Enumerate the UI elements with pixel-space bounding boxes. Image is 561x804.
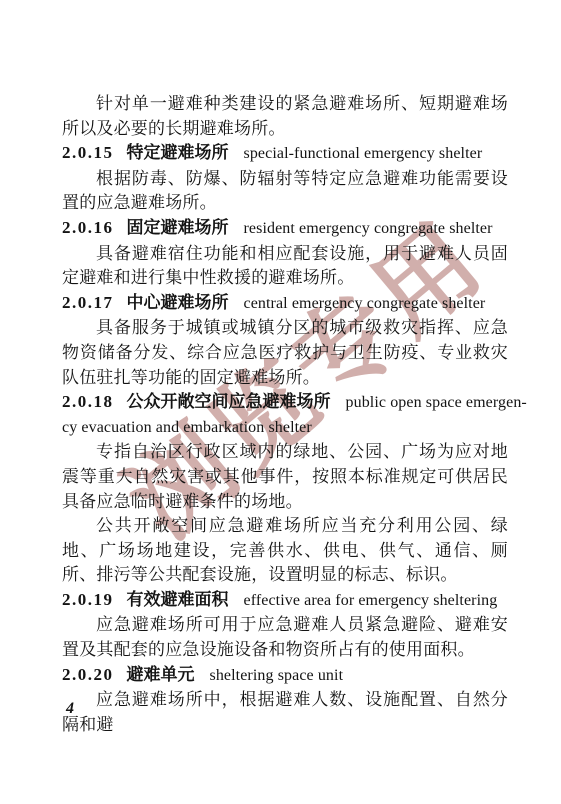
- term-number: 2.0.20: [62, 665, 114, 684]
- term-name-zh: 公众开敞空间应急避难场所: [127, 392, 331, 411]
- term-number: 2.0.19: [62, 590, 114, 609]
- term-heading: 2.0.15特定避难场所special-functional emergency…: [62, 141, 508, 167]
- term-number: 2.0.16: [62, 218, 114, 237]
- term-name-zh: 固定避难场所: [127, 218, 229, 237]
- term-name-en: special-functional emergency shelter: [244, 145, 483, 162]
- term-name-zh: 中心避难场所: [127, 293, 229, 312]
- term-name-en: resident emergency congregate shelter: [244, 220, 493, 237]
- paragraph: 应急避难场所可用于应急避难人员紧急避险、避难安置及其配套的应急设施设备和物资所占…: [62, 613, 508, 662]
- term-name-en: effective area for emergency sheltering: [244, 592, 498, 609]
- term-name-en: sheltering space unit: [210, 667, 344, 684]
- paragraph: 针对单一避难种类建设的紧急避难场所、短期避难场所以及必要的长期避难场所。: [62, 92, 508, 141]
- term-name-zh: 特定避难场所: [127, 143, 229, 162]
- term-number: 2.0.18: [62, 392, 114, 411]
- term-name-en-continuation: cy evacuation and embarkation shelter: [62, 416, 508, 441]
- term-heading: 2.0.19有效避难面积effective area for emergency…: [62, 588, 508, 614]
- paragraph: 具备服务于城镇或城镇分区的城市级救灾指挥、应急物资储备分发、综合应急医疗救护与卫…: [62, 316, 508, 390]
- term-name-zh: 有效避难面积: [127, 590, 229, 609]
- paragraph: 具备避难宿住功能和相应配套设施，用于避难人员固定避难和进行集中性救援的避难场所。: [62, 242, 508, 291]
- term-name-zh: 避难单元: [127, 665, 195, 684]
- paragraph: 专指自治区行政区域内的绿地、公园、广场为应对地震等重大自然灾害或其他事件，按照本…: [62, 440, 508, 514]
- document-page: 浏览专用 针对单一避难种类建设的紧急避难场所、短期避难场所以及必要的长期避难场所…: [0, 0, 561, 804]
- term-number: 2.0.15: [62, 143, 114, 162]
- term-number: 2.0.17: [62, 293, 114, 312]
- term-name-en: public open space emergen-: [346, 394, 527, 411]
- page-number: 4: [66, 700, 74, 718]
- term-heading: 2.0.18公众开敞空间应急避难场所public open space emer…: [62, 390, 508, 416]
- page-content: 针对单一避难种类建设的紧急避难场所、短期避难场所以及必要的长期避难场所。 2.0…: [62, 92, 508, 737]
- term-heading: 2.0.20避难单元sheltering space unit: [62, 663, 508, 689]
- term-heading: 2.0.16固定避难场所resident emergency congregat…: [62, 216, 508, 242]
- paragraph: 根据防毒、防爆、防辐射等特定应急避难功能需要设置的应急避难场所。: [62, 167, 508, 216]
- paragraph: 应急避难场所中，根据避难人数、设施配置、自然分隔和避: [62, 688, 508, 737]
- paragraph: 公共开敞空间应急避难场所应当充分利用公园、绿地、广场场地建设，完善供水、供电、供…: [62, 514, 508, 588]
- term-name-en: central emergency congregate shelter: [244, 295, 486, 312]
- term-heading: 2.0.17中心避难场所central emergency congregate…: [62, 291, 508, 317]
